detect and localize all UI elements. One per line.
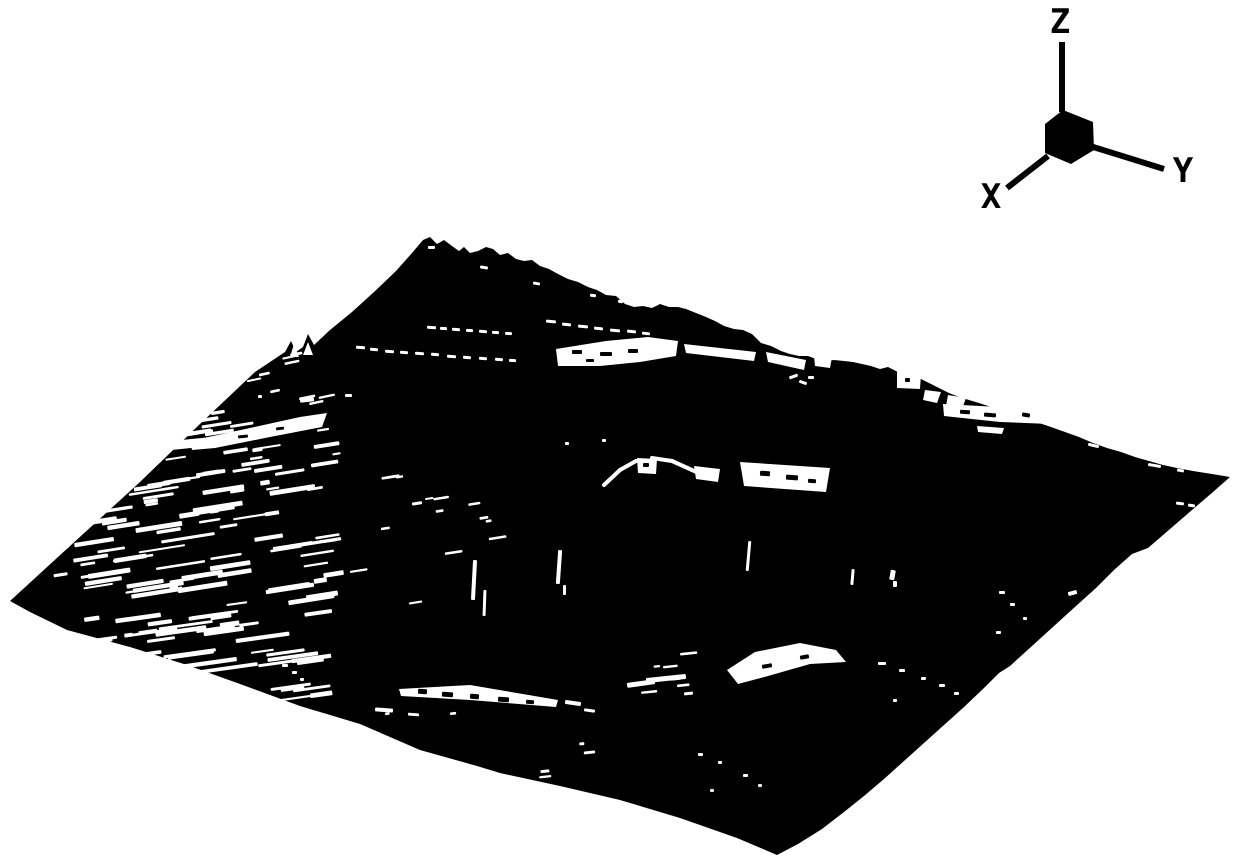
terrain-speckle (492, 331, 499, 334)
terrain-streak (385, 712, 390, 715)
terrain-streak (74, 669, 97, 674)
terrain-speckle (440, 327, 447, 330)
axis-label-y: Y (1173, 151, 1194, 191)
terrain-speckle (233, 374, 238, 377)
terrain-speckle (258, 395, 262, 398)
terrain-fragment (470, 694, 479, 700)
terrain-streak (262, 356, 271, 360)
terrain-speckle (718, 761, 722, 764)
terrain-streak (363, 746, 369, 749)
terrain-fragment (905, 378, 910, 382)
terrain-streak (502, 783, 512, 787)
terrain-speckle (428, 246, 435, 249)
terrain-speckle (565, 442, 569, 445)
terrain-speckle (385, 350, 394, 354)
terrain-streak (162, 710, 193, 719)
terrain-streak (171, 690, 184, 695)
terrain-speckle (495, 358, 503, 362)
terrain-fragment (572, 350, 582, 354)
terrain-fragment (498, 697, 509, 703)
terrain-speckle (479, 330, 487, 334)
terrain-speckle (466, 329, 473, 332)
terrain-speckle (400, 351, 408, 355)
terrain-fragment (600, 352, 612, 356)
terrain-streak (109, 650, 161, 661)
axis-origin-cube-icon (1045, 110, 1094, 164)
terrain-speckle (954, 692, 959, 695)
terrain-streak (60, 638, 113, 649)
terrain-silhouette (10, 237, 1230, 855)
terrain-highlight (814, 356, 832, 368)
terrain-fragment (643, 463, 649, 467)
terrain-speckle (893, 699, 897, 702)
terrain-speckle (899, 669, 905, 672)
axis-line-x (1007, 156, 1048, 188)
terrain-streak (75, 686, 125, 695)
terrain-speckle (602, 439, 606, 442)
axis-label-x: X (981, 177, 1002, 217)
terrain-speckle (808, 376, 814, 379)
terrain-speckle (509, 359, 516, 362)
terrain-streak (356, 785, 361, 788)
axis-label-z: Z (1050, 2, 1070, 42)
terrain-speckle (878, 662, 886, 665)
terrain-speckle (300, 678, 304, 681)
terrain-fragment (760, 471, 770, 477)
terrain-fragment (442, 692, 453, 698)
terrain-speckle (893, 581, 897, 587)
terrain-streak (163, 675, 205, 684)
terrain-fragment (960, 410, 970, 415)
terrain-speckle (415, 352, 424, 356)
terrain-speckle (427, 326, 436, 330)
terrain-speckle (921, 677, 926, 680)
terrain-speckle (431, 353, 439, 357)
terrain-speckle (479, 357, 487, 361)
terrain-speckle (370, 348, 378, 352)
terrain-streak (92, 702, 111, 709)
terrain-speckle (292, 671, 297, 674)
terrain-speckle (563, 585, 566, 595)
terrain-speckle (710, 789, 714, 792)
terrain-speckle (996, 631, 1001, 634)
terrain-group (10, 237, 1230, 855)
terrain-plot: Z Y X (0, 0, 1240, 864)
terrain-speckle (463, 356, 471, 360)
figure-3d-terrain: Z Y X (0, 0, 1240, 864)
axis-triad: Z Y X (981, 2, 1194, 217)
terrain-fragment (984, 413, 996, 418)
terrain-fragment (628, 349, 638, 353)
terrain-speckle (447, 355, 456, 359)
terrain-fragment (526, 700, 534, 705)
terrain-speckle (743, 774, 748, 777)
terrain-fragment (808, 479, 816, 484)
terrain-streak (79, 648, 107, 654)
terrain-streak (97, 659, 133, 668)
terrain-fragment (586, 359, 594, 362)
terrain-fragment (786, 475, 798, 481)
terrain-streak (129, 689, 153, 697)
terrain-streak (232, 695, 268, 705)
terrain-speckle (1010, 603, 1015, 606)
terrain-speckle (698, 753, 703, 756)
terrain-speckle (282, 664, 288, 667)
terrain-fragment (418, 689, 427, 695)
axis-line-y (1090, 146, 1164, 169)
terrain-speckle (999, 591, 1005, 594)
terrain-speckle (1023, 617, 1027, 620)
terrain-speckle (758, 784, 762, 787)
terrain-speckle (452, 328, 460, 332)
terrain-streak (359, 768, 364, 771)
terrain-speckle (505, 332, 512, 335)
terrain-speckle (345, 394, 352, 397)
terrain-streak (55, 666, 70, 672)
terrain-streak (579, 742, 584, 745)
terrain-speckle (939, 684, 945, 687)
terrain-speckle (356, 346, 365, 350)
